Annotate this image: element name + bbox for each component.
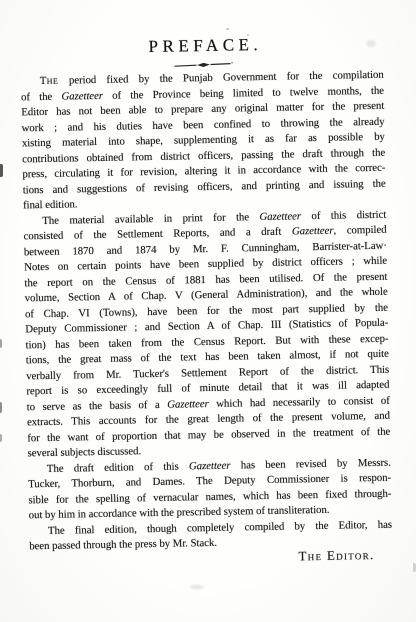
text-segment: to serve as the basis of a <box>27 398 168 413</box>
text-segment: , compiled <box>333 224 386 237</box>
text-segment: several subjects discussed. <box>27 445 141 459</box>
italic-text: Gazetteer <box>189 459 231 472</box>
signature: The Editor. <box>298 547 374 564</box>
text-segment: final edition. <box>23 198 78 211</box>
italic-text: Gazetteer <box>259 210 301 223</box>
page-title: PREFACE. <box>0 32 411 60</box>
ornamental-rule-icon <box>173 59 233 70</box>
text-segment: which had necessarily to consist of <box>209 394 390 409</box>
text-segment: has been revised by Messrs. <box>230 456 391 471</box>
smallcaps-text: The <box>40 75 69 88</box>
text-segment: been passed through the press by Mr. Sta… <box>29 537 217 552</box>
page-content: PREFACE. The period fixed by the Punjab … <box>0 0 416 622</box>
text-segment: of the <box>21 90 62 103</box>
ornamental-divider-icon <box>173 56 233 67</box>
text-segment: consisted of the Settlement Reports, and… <box>23 225 292 242</box>
italic-text: Gazetteer <box>167 398 209 411</box>
page-body: The period fixed by the Punjab Governmen… <box>21 68 393 555</box>
text-segment: of this district <box>301 208 386 222</box>
text-segment: The material available in print for the <box>42 211 259 227</box>
text-segment: The draft edition of this <box>47 460 189 475</box>
italic-text: Gazetteer <box>61 89 103 102</box>
scanned-page: PREFACE. The period fixed by the Punjab … <box>0 0 416 622</box>
italic-text: Gazetteer <box>292 225 334 238</box>
